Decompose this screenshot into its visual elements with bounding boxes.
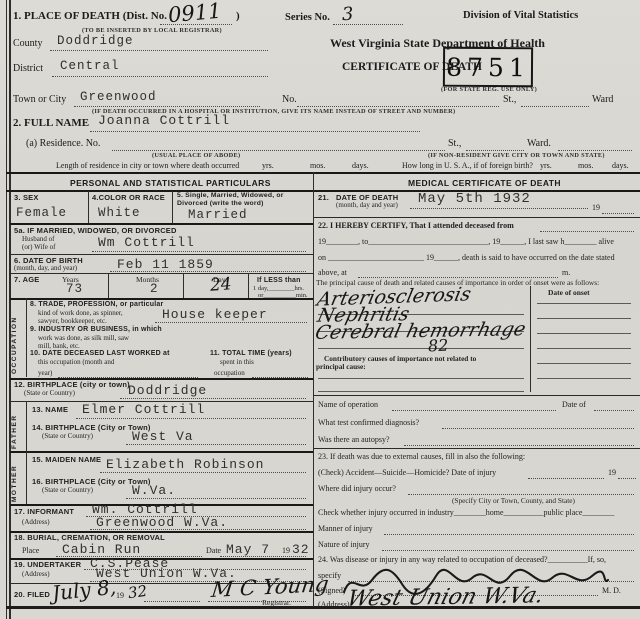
series-number-handwritten: 3 bbox=[341, 4, 354, 26]
occupation-related-label: 24. Was disease or injury in any way rel… bbox=[318, 555, 606, 564]
contrib-line-2 bbox=[318, 390, 524, 392]
rule-22 bbox=[314, 217, 640, 218]
undertaker-address-label: (Address) bbox=[22, 570, 50, 578]
burial-date-label: Date bbox=[206, 546, 221, 555]
total-time-label-1: 11. TOTAL TIME (years) bbox=[210, 350, 292, 357]
if-less-label: If LESS than bbox=[257, 277, 301, 284]
mos2-label: mos. bbox=[578, 161, 593, 170]
father-name-label: 13. NAME bbox=[32, 405, 68, 414]
mother-name-value: Elizabeth Robinson bbox=[106, 457, 264, 472]
occupation-band-divider bbox=[26, 298, 27, 377]
mother-name-label: 15. MAIDEN NAME bbox=[32, 455, 101, 464]
dob-sub-label: (month, day, and year) bbox=[14, 264, 77, 272]
injury-19-line bbox=[618, 477, 636, 479]
residence-st-label: St., bbox=[448, 138, 461, 149]
residence-line bbox=[112, 149, 445, 151]
nonresident-note: (IF NON-RESIDENT GIVE CITY OR TOWN AND S… bbox=[428, 152, 605, 159]
informant-address-label: (Address) bbox=[22, 518, 50, 526]
age-div-3 bbox=[248, 273, 249, 298]
mother-side-label: MOTHER bbox=[11, 454, 18, 502]
trade-value: House keeper bbox=[162, 307, 268, 322]
operation-date-line bbox=[594, 409, 634, 411]
rule-6 bbox=[10, 254, 313, 255]
industry-label-3: mill, bank, etc. bbox=[38, 342, 80, 350]
injury-date-line bbox=[528, 477, 604, 479]
registrar-label: Registrar. bbox=[262, 598, 291, 607]
trade-label-3: sawyer, bookkeeper, etc. bbox=[38, 317, 107, 325]
yrs-label: yrs. bbox=[262, 161, 274, 170]
nature-label: Nature of injury bbox=[318, 540, 370, 549]
operation-line bbox=[392, 409, 556, 411]
autopsy-label: Was there an autopsy? bbox=[318, 435, 390, 444]
rule-15 bbox=[10, 451, 313, 453]
onset-column-divider bbox=[530, 286, 531, 392]
filed-date-handwritten: July 8, bbox=[51, 575, 117, 606]
physician-address-handwritten: West Union W.Va. bbox=[344, 583, 547, 611]
informant-address-line bbox=[90, 528, 306, 530]
age-years-value: 73 bbox=[66, 282, 83, 296]
column-divider bbox=[313, 172, 314, 607]
town-value: Greenwood bbox=[80, 90, 157, 104]
mother-band-divider bbox=[26, 451, 27, 505]
nature-line bbox=[382, 549, 634, 551]
certify-line-3: on ________________________ 19______, de… bbox=[318, 253, 615, 262]
dob-line bbox=[110, 270, 306, 272]
age-months-value: 2 bbox=[150, 282, 159, 296]
rule-5a bbox=[10, 223, 313, 225]
onset-line-3 bbox=[537, 332, 631, 334]
days2-label: days. bbox=[612, 161, 629, 170]
race-label: 4.COLOR OR RACE bbox=[92, 193, 165, 202]
undertaker-label: 19. UNDERTAKER bbox=[14, 560, 81, 569]
rule-operation bbox=[314, 395, 640, 396]
mother-name-line bbox=[100, 471, 306, 473]
onset-line-4 bbox=[537, 347, 631, 349]
district-value: Central bbox=[60, 59, 120, 73]
certify-line-1-blank bbox=[540, 230, 634, 232]
county-value: Doddridge bbox=[57, 34, 134, 48]
street-no-line bbox=[297, 105, 499, 107]
onset-line-1 bbox=[537, 302, 631, 304]
residence-label: (a) Residence. No. bbox=[26, 138, 100, 149]
manner-line bbox=[384, 533, 634, 535]
death-certificate-scan: 1. PLACE OF DEATH (Dist. No. 0911 ) Seri… bbox=[0, 0, 640, 619]
father-side-label: FATHER bbox=[11, 404, 18, 449]
specify-note: (Specify City or Town, County, and State… bbox=[452, 496, 575, 505]
district-label: District bbox=[13, 63, 43, 74]
married-widowed-label: 5a. IF MARRIED, WIDOWED, OR DIVORCED bbox=[14, 226, 177, 235]
informant-label: 17. INFORMANT bbox=[14, 507, 74, 516]
certify-line-4-m: m. bbox=[562, 268, 570, 277]
external-causes-label: 23. If death was due to external causes,… bbox=[318, 452, 525, 461]
certify-line-1: 22. I HEREBY CERTIFY, That I attended de… bbox=[318, 221, 514, 230]
medical-section-title: MEDICAL CERTIFICATE OF DEATH bbox=[408, 178, 561, 188]
division-title: Division of Vital Statistics bbox=[463, 10, 578, 21]
cause-line-3 bbox=[318, 347, 524, 349]
place-of-death-label: 1. PLACE OF DEATH (Dist. No. bbox=[13, 10, 167, 22]
full-name-label: 2. FULL NAME bbox=[13, 117, 89, 129]
left-border-line bbox=[6, 0, 7, 619]
close-paren: ) bbox=[236, 10, 240, 22]
husband-of-label: Husband of bbox=[22, 235, 54, 243]
rule-23 bbox=[314, 448, 640, 449]
usa-label: How long in U. S. A., if of foreign birt… bbox=[402, 161, 533, 170]
last-worked-label-1: 10. DATE DECEASED LAST WORKED at bbox=[30, 350, 170, 357]
industry-check-label: Check whether injury occurred in industr… bbox=[318, 508, 614, 517]
occupation-side-label: OCCUPATION bbox=[11, 302, 18, 374]
filed-line bbox=[144, 600, 200, 602]
father-bp-sub-label: (State or Country) bbox=[42, 432, 93, 440]
wife-of-label: (or) Wife of bbox=[22, 243, 55, 251]
length-residence-label: Length of residence in city or town wher… bbox=[56, 161, 239, 170]
last-worked-label-3: year) bbox=[38, 369, 52, 377]
registrar-line bbox=[208, 600, 306, 602]
onset-line-2 bbox=[537, 317, 631, 319]
abode-note: (USUAL PLACE OF ABODE) bbox=[152, 152, 240, 159]
father-bp-line bbox=[126, 443, 306, 445]
contrib-line-1 bbox=[318, 377, 524, 379]
band-bottom-rule bbox=[6, 190, 640, 192]
full-name-value: Joanna Cottrill bbox=[98, 113, 230, 128]
age-days-value-handwritten: 24 bbox=[209, 274, 232, 295]
where-injury-label: Where did injury occur? bbox=[318, 484, 396, 493]
residence-ward-line bbox=[558, 149, 632, 151]
town-line bbox=[74, 105, 260, 107]
injury-19: 19 bbox=[608, 468, 616, 477]
local-registrar-note: (TO BE INSERTED BY LOCAL REGISTRAR) bbox=[82, 27, 222, 34]
total-time-label-2: spent in this bbox=[220, 358, 254, 366]
marital-value: Married bbox=[188, 208, 248, 222]
birthplace-label: 12. BIRTHPLACE (city or town) bbox=[14, 380, 130, 389]
cause-code-number: 82 bbox=[428, 335, 449, 355]
days-label: days. bbox=[352, 161, 369, 170]
certify-line-2: 19________, to__________________________… bbox=[318, 237, 614, 246]
md-label: M. D. bbox=[602, 586, 621, 595]
autopsy-line bbox=[404, 444, 634, 446]
street-no-label: No. bbox=[282, 94, 297, 105]
yrs2-label: yrs. bbox=[540, 161, 552, 170]
dod-number: 21. bbox=[318, 193, 329, 202]
district-line bbox=[52, 75, 268, 77]
father-bp-value: West Va bbox=[132, 429, 194, 444]
total-time-label-3: occupation bbox=[214, 369, 245, 377]
residence-st-line bbox=[466, 149, 524, 151]
birthplace-value: Doddridge bbox=[128, 383, 207, 398]
st-line bbox=[521, 105, 589, 107]
cell-divider-2 bbox=[172, 191, 173, 223]
full-name-line bbox=[90, 130, 420, 132]
if-less-line1: 1 day,________hrs. bbox=[253, 285, 304, 292]
father-name-value: Elmer Cottrill bbox=[82, 402, 205, 417]
town-label: Town or City bbox=[13, 94, 66, 105]
test-line bbox=[442, 427, 634, 429]
mother-bp-sub-label: (State or Country) bbox=[42, 486, 93, 494]
trade-label-2: kind of work done, as spinner, bbox=[38, 309, 123, 317]
burial-label: 18. BURIAL, CREMATION, OR REMOVAL bbox=[14, 533, 165, 542]
mother-bp-value: W.Va. bbox=[132, 483, 176, 498]
contributory-label-2: principal cause: bbox=[316, 362, 366, 371]
series-no-label: Series No. bbox=[285, 12, 330, 23]
county-label: County bbox=[13, 38, 42, 49]
filed-19: 19 bbox=[116, 591, 124, 600]
certificate-number-stamp: 8751 bbox=[443, 47, 533, 88]
age-div-2 bbox=[183, 273, 184, 298]
spouse-line bbox=[92, 250, 306, 252]
operation-date-label: Date of bbox=[562, 400, 586, 409]
onset-line-6 bbox=[537, 377, 631, 379]
mother-bp-line bbox=[126, 497, 306, 499]
specify-label: specify bbox=[318, 571, 341, 580]
residence-ward-label: Ward. bbox=[527, 138, 551, 149]
dod-19-line bbox=[602, 212, 634, 214]
spouse-value: Wm Cottrill bbox=[98, 235, 195, 250]
mos-label: mos. bbox=[310, 161, 325, 170]
county-line bbox=[50, 49, 268, 51]
trade-label-1: 8. TRADE, PROFESSION, or particular bbox=[30, 301, 163, 308]
st-label: St., bbox=[503, 94, 516, 105]
rule-8 bbox=[10, 298, 313, 300]
trade-line bbox=[155, 321, 307, 323]
check-accident-label: (Check) Accident—Suicide—Homicide? Date … bbox=[318, 468, 496, 477]
operation-label: Name of operation bbox=[318, 400, 378, 409]
burial-date-19: 19 bbox=[282, 546, 290, 555]
father-name-line bbox=[76, 417, 306, 419]
filed-label: 20. FILED bbox=[14, 590, 50, 599]
birthplace-line bbox=[120, 397, 306, 399]
cell-divider-1 bbox=[88, 191, 89, 223]
personal-section-title: PERSONAL AND STATISTICAL PARTICULARS bbox=[70, 178, 271, 188]
certify-line-4: above, at bbox=[318, 268, 347, 277]
dod-sub-label: (month, day and year) bbox=[336, 201, 398, 209]
last-worked-label-2: this occupation (month and bbox=[38, 358, 114, 366]
cause-of-death-3: Cerebral hemorrhage bbox=[313, 318, 528, 344]
age-label: 7. AGE bbox=[14, 275, 40, 284]
dod-19: 19 bbox=[592, 203, 600, 212]
father-band-divider bbox=[26, 401, 27, 451]
where-injury-line bbox=[408, 493, 634, 495]
marital-label: 5. Single, Married, Widowed, or Divorced… bbox=[177, 192, 309, 208]
manner-label: Manner of injury bbox=[318, 524, 373, 533]
dod-value: May 5th 1932 bbox=[418, 191, 531, 207]
onset-line-5 bbox=[537, 362, 631, 364]
sex-label: 3. SEX bbox=[14, 193, 39, 202]
district-number-line bbox=[160, 23, 232, 25]
birthplace-sub-label: (State or Country) bbox=[24, 389, 75, 397]
age-div-1 bbox=[108, 273, 109, 298]
burial-date-line bbox=[220, 555, 306, 557]
industry-label-1: 9. INDUSTRY OR BUSINESS, in which bbox=[30, 326, 162, 333]
ward-label: Ward bbox=[592, 94, 613, 105]
dod-line bbox=[410, 207, 588, 209]
industry-label-2: work was done, as silk mill, saw bbox=[38, 334, 129, 342]
sex-value: Female bbox=[16, 206, 67, 220]
burial-place-label: Place bbox=[22, 546, 39, 555]
rule-7 bbox=[10, 273, 313, 274]
band-top-rule bbox=[6, 172, 640, 174]
race-value: White bbox=[98, 206, 141, 220]
state-reg-note: (FOR STATE REG. USE ONLY) bbox=[441, 86, 537, 93]
test-label: What test confirmed diagnosis? bbox=[318, 418, 419, 427]
date-of-onset-label: Date of onset bbox=[548, 288, 590, 297]
